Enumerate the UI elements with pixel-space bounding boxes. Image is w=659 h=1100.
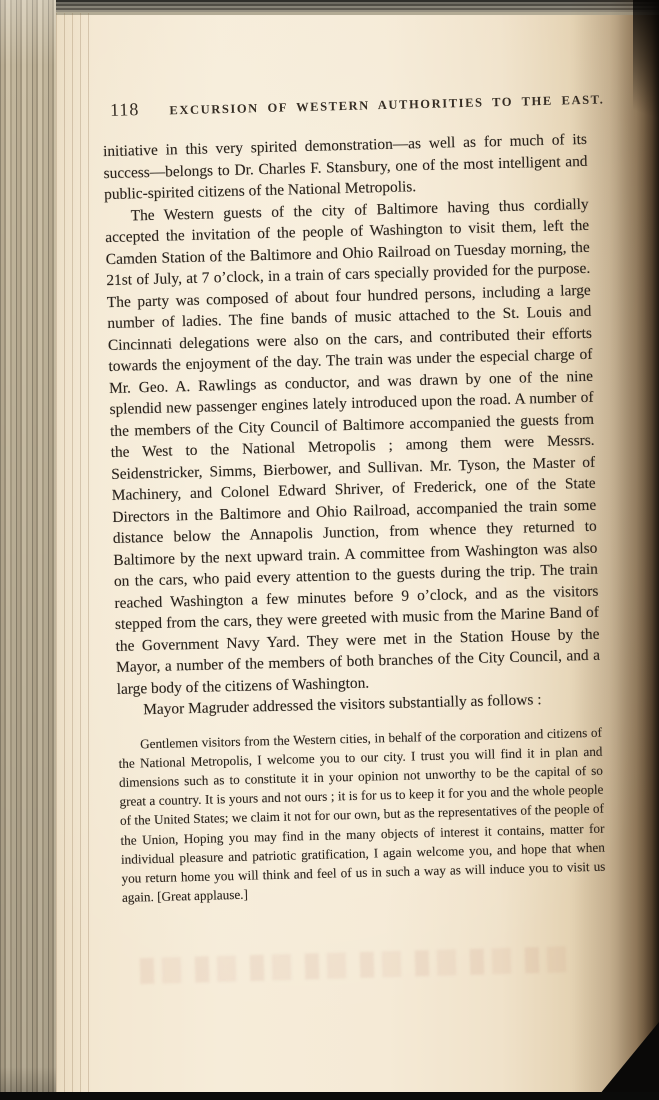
book-scan: 118 EXCURSION OF WESTERN AUTHORITIES TO … [0,0,659,1100]
page-content: 118 EXCURSION OF WESTERN AUTHORITIES TO … [102,88,606,907]
book-top-page-edges [0,0,659,15]
page-number: 118 [110,99,140,121]
paragraph-excursion: The Western guests of the city of Baltim… [104,193,600,700]
paragraph-continuation: initiative in this very spirited demonst… [103,129,588,206]
book-left-page-edges [0,0,56,1100]
mayor-speech-quote: Gentlemen visitors from the Western citi… [118,722,606,907]
bottom-border [0,1092,659,1100]
running-head: EXCURSION OF WESTERN AUTHORITIES TO THE … [169,92,604,118]
page-edge-lines [56,13,90,1093]
